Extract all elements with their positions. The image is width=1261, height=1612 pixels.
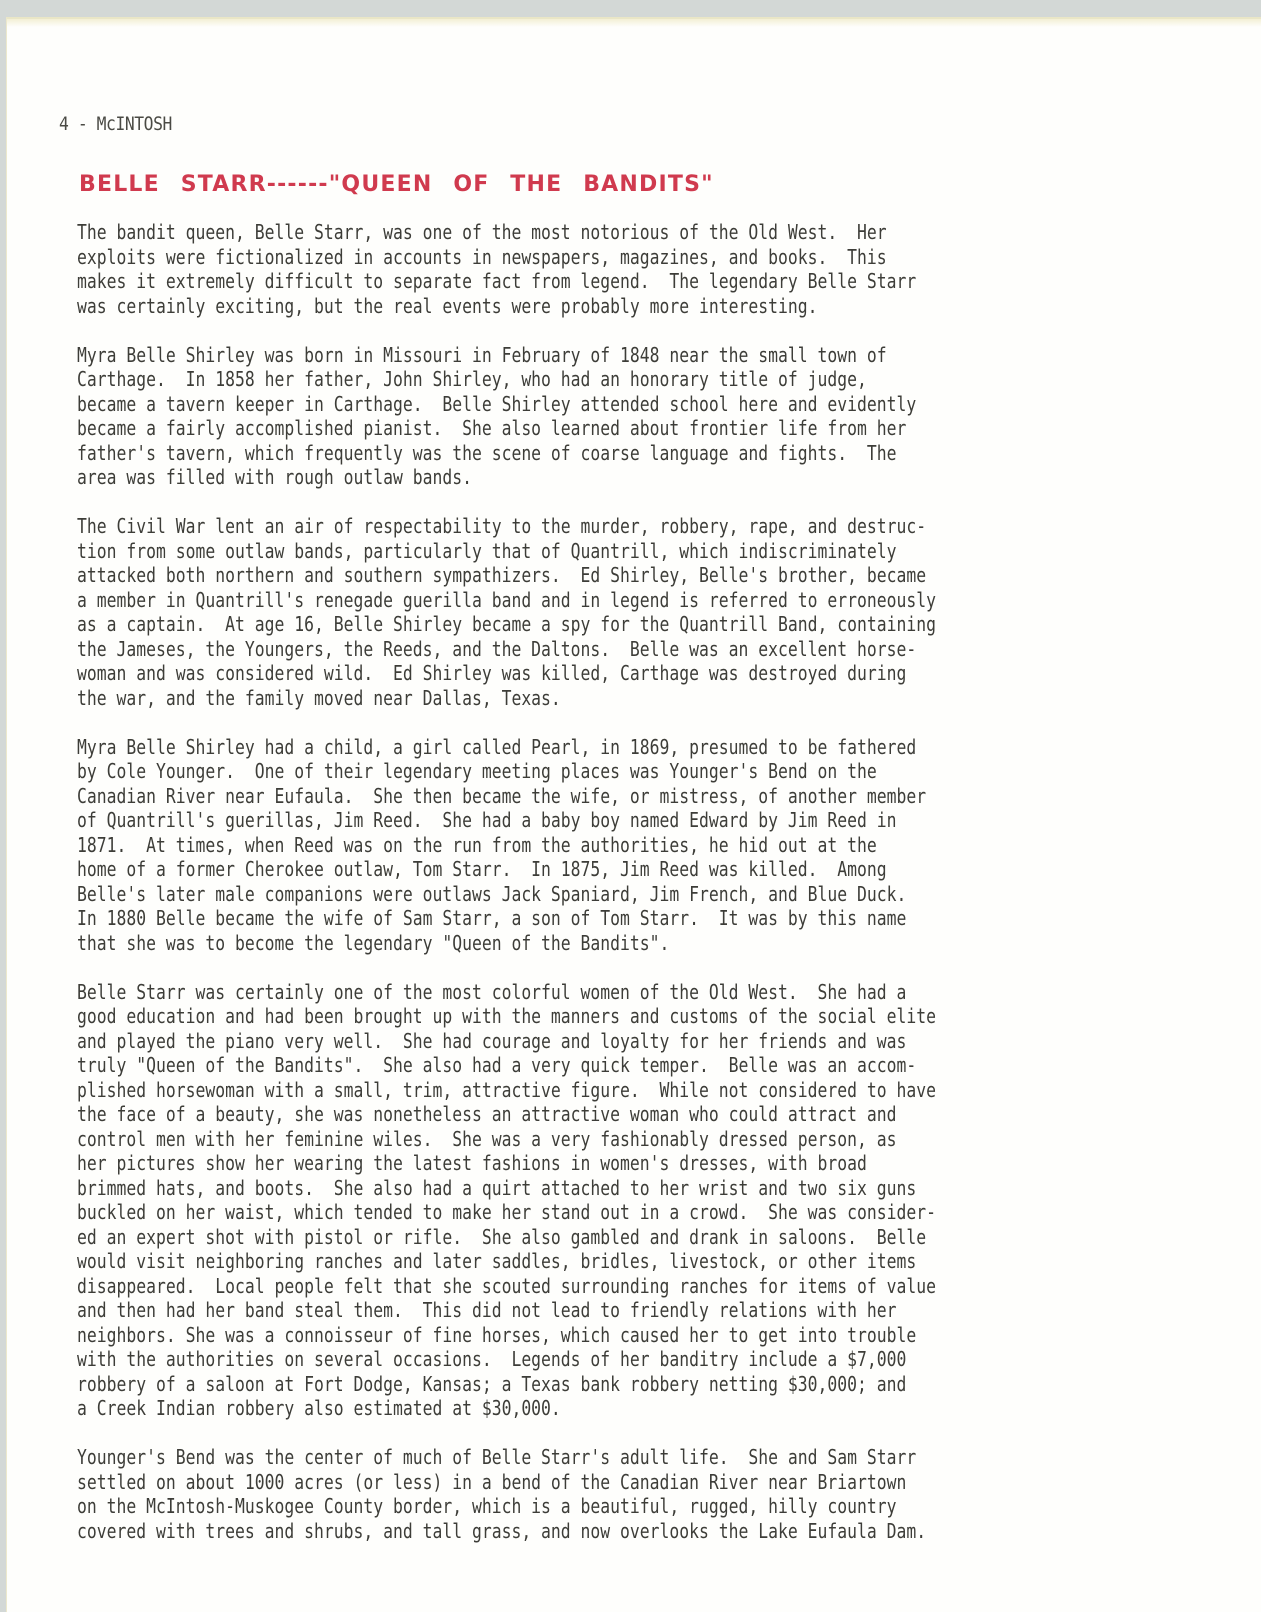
page-header: 4 - McINTOSH — [59, 113, 172, 135]
document-page: 4 - McINTOSH BELLE STARR------"QUEEN OF … — [6, 17, 1261, 1612]
paragraph-civil-war: The Civil War lent an air of respectabil… — [77, 514, 1029, 710]
paragraph-intro: The bandit queen, Belle Starr, was one o… — [77, 220, 1029, 318]
page-top-edge — [7, 19, 1261, 27]
article-title: BELLE STARR------"QUEEN OF THE BANDITS" — [79, 172, 714, 197]
paragraph-character: Belle Starr was certainly one of the mos… — [77, 980, 1029, 1421]
article-body: The bandit queen, Belle Starr, was one o… — [77, 220, 1029, 1568]
paragraph-early-life: Myra Belle Shirley was born in Missouri … — [77, 343, 1029, 490]
paragraph-youngers-bend: Younger's Bend was the center of much of… — [77, 1445, 1029, 1543]
paragraph-family-companions: Myra Belle Shirley had a child, a girl c… — [77, 735, 1029, 956]
